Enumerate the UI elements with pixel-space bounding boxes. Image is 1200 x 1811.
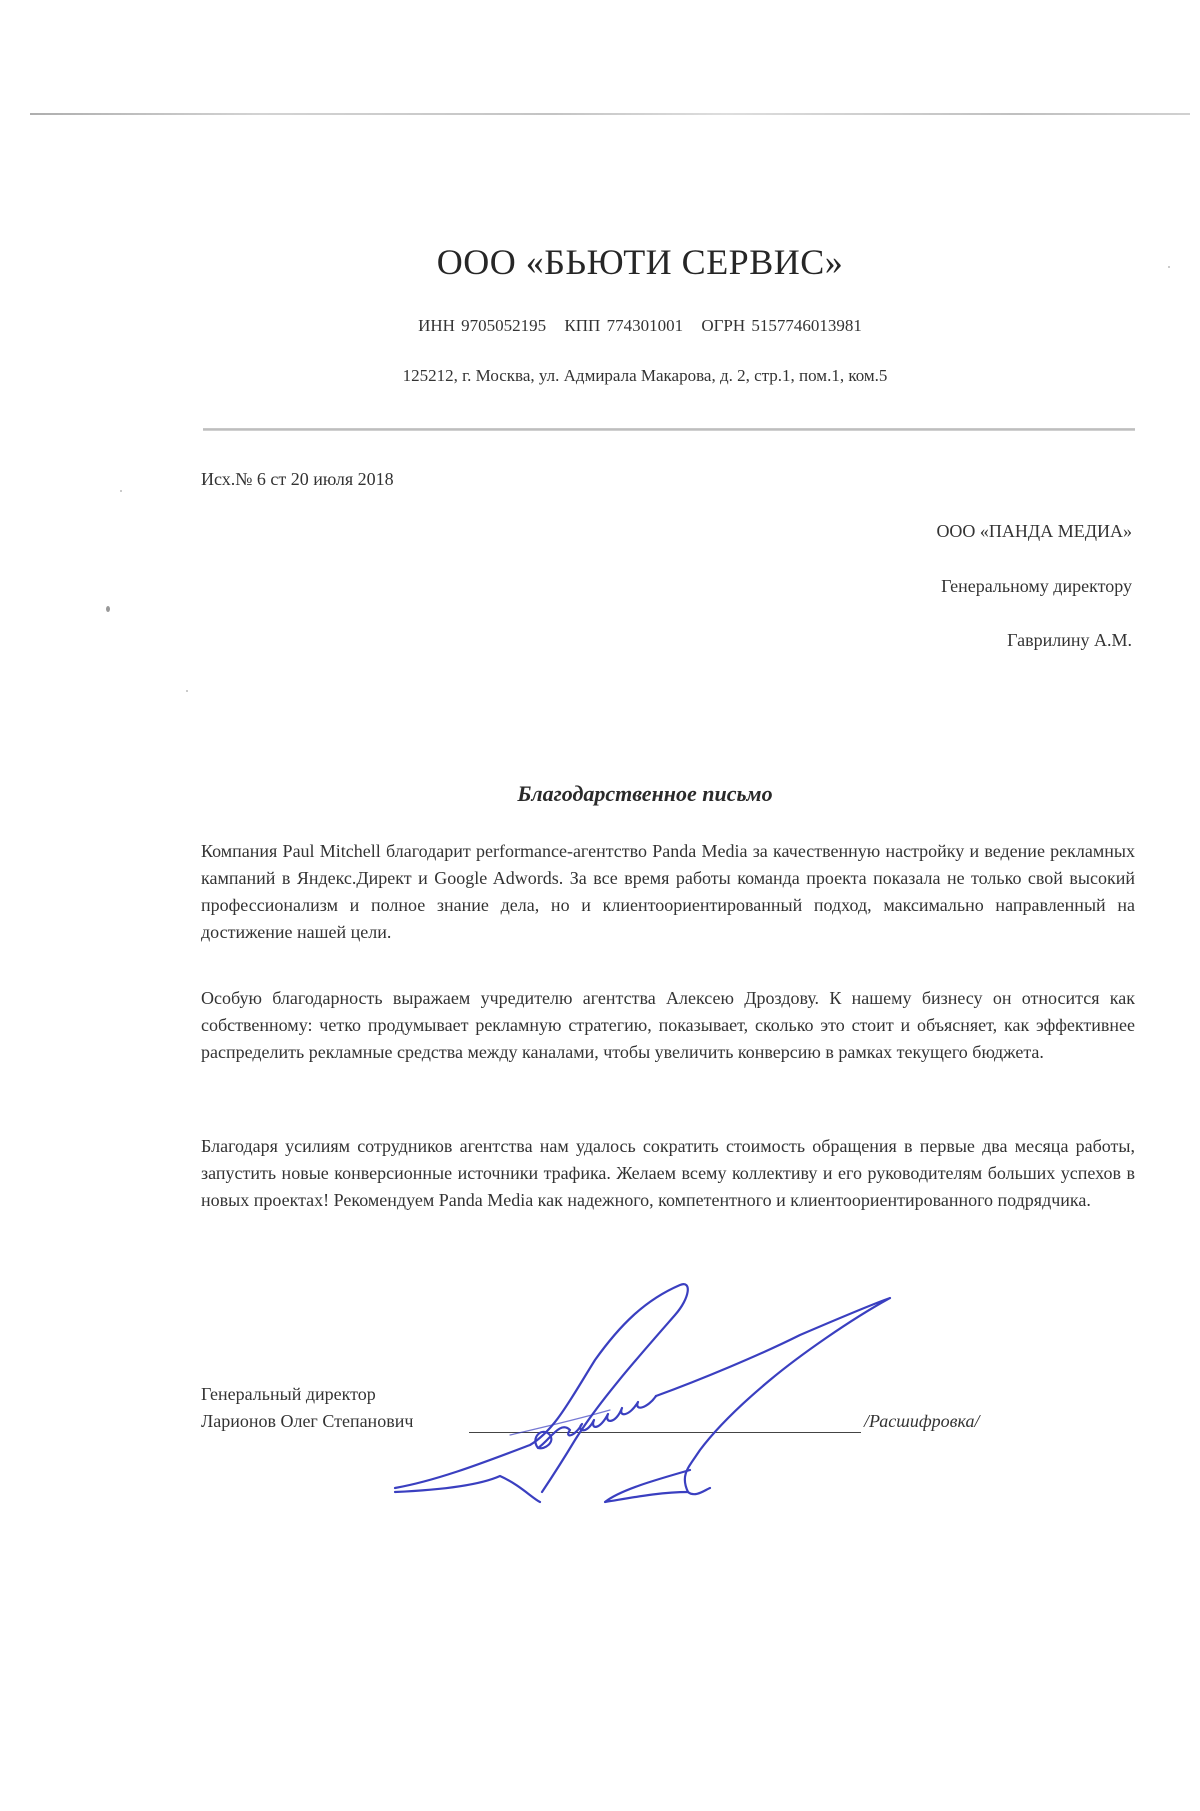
letterhead-company-name: ООО «БЬЮТИ СЕРВИС» bbox=[0, 241, 1200, 283]
handwritten-signature bbox=[380, 1280, 900, 1510]
addressee-position: Генеральному директору bbox=[941, 576, 1132, 597]
letter-paragraph: Благодаря усилиям сотрудников агентства … bbox=[201, 1133, 1135, 1214]
scan-speck bbox=[106, 606, 110, 612]
letter-title: Благодарственное письмо bbox=[0, 781, 1200, 807]
scan-top-rule bbox=[30, 113, 1190, 115]
scan-speck bbox=[120, 490, 122, 492]
signer-position: Генеральный директор bbox=[201, 1384, 376, 1405]
inn: ИНН 9705052195 bbox=[418, 316, 546, 335]
outgoing-number: Исх.№ 6 ст 20 июля 2018 bbox=[201, 469, 394, 490]
addressee-name: Гаврилину А.М. bbox=[1007, 630, 1132, 651]
letter-paragraph: Особую благодарность выражаем учредителю… bbox=[201, 985, 1135, 1066]
kpp: КПП 774301001 bbox=[564, 316, 683, 335]
letterhead-requisites: ИНН 9705052195 КПП 774301001 ОГРН 515774… bbox=[0, 316, 1200, 336]
scan-speck bbox=[186, 690, 188, 692]
letterhead-address: 125212, г. Москва, ул. Адмирала Макарова… bbox=[0, 366, 1200, 386]
letter-paragraph: Компания Paul Mitchell благодарит perfor… bbox=[201, 838, 1135, 946]
addressee-company: ООО «ПАНДА МЕДИА» bbox=[936, 521, 1132, 542]
letterhead-divider bbox=[203, 428, 1135, 431]
ogrn: ОГРН 5157746013981 bbox=[701, 316, 862, 335]
